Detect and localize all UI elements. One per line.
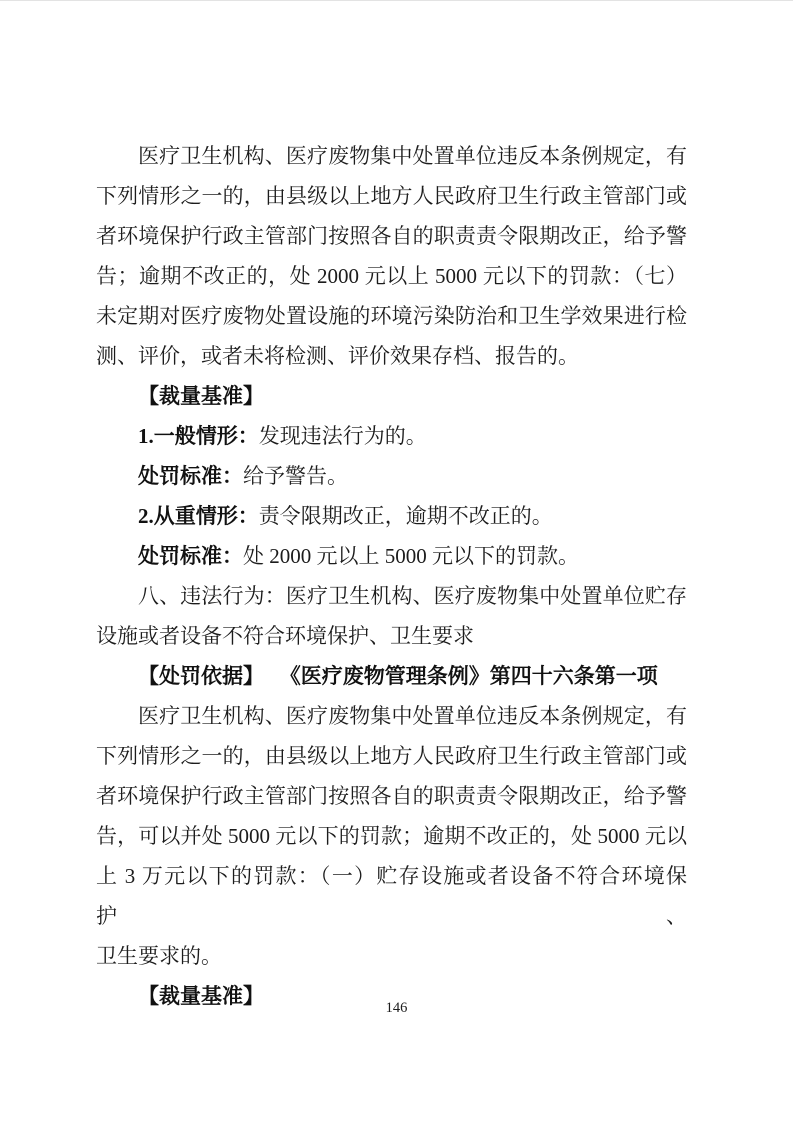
text-line: 告，可以并处 5000 元以下的罚款；逾期不改正的，处 5000 元以: [96, 816, 687, 856]
bold-text-segment: 【处罚依据】 《医疗废物管理条例》第四十六条第一项: [138, 664, 658, 688]
text-segment: 卫生要求的。: [96, 944, 222, 968]
text-line: 下列情形之一的，由县级以上地方人民政府卫生行政主管部门或: [96, 176, 687, 216]
page-footer: 146: [0, 998, 793, 1018]
text-line: 医疗卫生机构、医疗废物集中处置单位违反本条例规定，有: [96, 696, 687, 736]
text-line: 告；逾期不改正的，处 2000 元以上 5000 元以下的罚款：（七）: [96, 256, 687, 296]
text-segment: 责令限期改正，逾期不改正的。: [259, 504, 553, 528]
text-segment: 测、评价，或者未将检测、评价效果存档、报告的。: [96, 344, 579, 368]
bold-text-segment: 处罚标准：: [138, 544, 243, 568]
text-segment: 八、违法行为：医疗卫生机构、医疗废物集中处置单位贮存: [138, 584, 687, 608]
text-segment: 上 3 万元以下的罚款：（一）贮存设施或者设备不符合环境保护、: [96, 864, 687, 928]
text-segment: 告；逾期不改正的，处 2000 元以上 5000 元以下的罚款：（七）: [96, 264, 687, 288]
text-line: 下列情形之一的，由县级以上地方人民政府卫生行政主管部门或: [96, 736, 687, 776]
text-segment: 医疗卫生机构、医疗废物集中处置单位违反本条例规定，有: [138, 704, 687, 728]
bold-text-segment: 2.从重情形：: [138, 504, 259, 528]
text-line: 测、评价，或者未将检测、评价效果存档、报告的。: [96, 336, 687, 376]
text-segment: 医疗卫生机构、医疗废物集中处置单位违反本条例规定，有: [138, 144, 687, 168]
text-segment: 下列情形之一的，由县级以上地方人民政府卫生行政主管部门或: [96, 184, 687, 208]
text-line: 医疗卫生机构、医疗废物集中处置单位违反本条例规定，有: [96, 136, 687, 176]
text-line: 处罚标准：处 2000 元以上 5000 元以下的罚款。: [96, 536, 687, 576]
text-line: 上 3 万元以下的罚款：（一）贮存设施或者设备不符合环境保护、: [96, 856, 687, 936]
text-segment: 未定期对医疗废物处置设施的环境污染防治和卫生学效果进行检: [96, 304, 687, 328]
bold-text-segment: 【裁量基准】: [138, 384, 264, 408]
document-page: 医疗卫生机构、医疗废物集中处置单位违反本条例规定，有下列情形之一的，由县级以上地…: [0, 0, 793, 1122]
text-segment: 者环境保护行政主管部门按照各自的职责责令限期改正，给予警: [96, 224, 687, 248]
text-segment: 设施或者设备不符合环境保护、卫生要求: [96, 624, 474, 648]
text-segment: 处 2000 元以上 5000 元以下的罚款。: [243, 544, 579, 568]
text-segment: 告，可以并处 5000 元以下的罚款；逾期不改正的，处 5000 元以: [96, 824, 687, 848]
text-segment: 给予警告。: [243, 464, 348, 488]
text-line: 者环境保护行政主管部门按照各自的职责责令限期改正，给予警: [96, 776, 687, 816]
bold-text-segment: 处罚标准：: [138, 464, 243, 488]
text-line: 2.从重情形：责令限期改正，逾期不改正的。: [96, 496, 687, 536]
text-segment: 者环境保护行政主管部门按照各自的职责责令限期改正，给予警: [96, 784, 687, 808]
text-line: 【裁量基准】: [96, 376, 687, 416]
text-line: 者环境保护行政主管部门按照各自的职责责令限期改正，给予警: [96, 216, 687, 256]
text-line: 未定期对医疗废物处置设施的环境污染防治和卫生学效果进行检: [96, 296, 687, 336]
text-line: 设施或者设备不符合环境保护、卫生要求: [96, 616, 687, 656]
text-line: 处罚标准：给予警告。: [96, 456, 687, 496]
page-top-edge: [0, 0, 793, 1]
text-line: 1.一般情形：发现违法行为的。: [96, 416, 687, 456]
page-number: 146: [386, 1000, 408, 1016]
document-body: 医疗卫生机构、医疗废物集中处置单位违反本条例规定，有下列情形之一的，由县级以上地…: [96, 136, 687, 1016]
text-segment: 发现违法行为的。: [259, 424, 427, 448]
text-segment: 下列情形之一的，由县级以上地方人民政府卫生行政主管部门或: [96, 744, 687, 768]
text-line: 八、违法行为：医疗卫生机构、医疗废物集中处置单位贮存: [96, 576, 687, 616]
bold-text-segment: 1.一般情形：: [138, 424, 259, 448]
text-line: 卫生要求的。: [96, 936, 687, 976]
text-line: 【处罚依据】 《医疗废物管理条例》第四十六条第一项: [96, 656, 687, 696]
